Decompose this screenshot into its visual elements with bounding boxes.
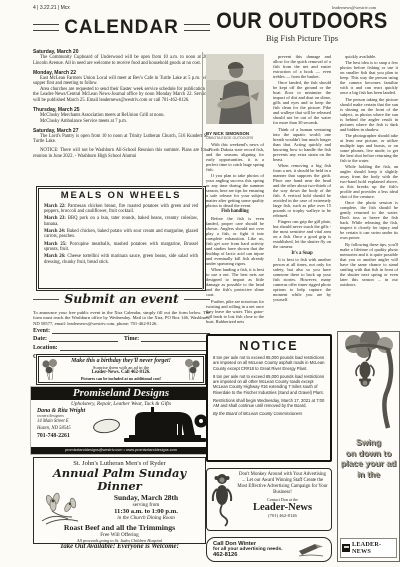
submit-event-intro: To announce your free public event in th… [33,310,210,326]
calendar-header: CALENDAR [33,18,210,37]
meal-item: March 23: BBQ pork on a bun, tater round… [44,216,198,227]
notice-body: 8 ton per axle not to exceed 65,000 poun… [213,355,325,408]
dinner-takeout: Take Out Available! Everyone is Welcome! [37,543,202,550]
swing-ad-text-line: in the [338,469,399,480]
notice-paragraph: Restrictions shall begin Wednesday, Marc… [213,398,325,409]
article-paragraph: Once landed, the fish should be kept off… [273,80,331,125]
article-subhead: Fish handling [206,209,264,214]
meals-on-wheels-title: MEALS ON WHEELS [37,190,205,201]
call-don-text: Call Don Winter for all your advertising… [213,541,283,558]
meal-item: March 26: Cheese tortellini with marinar… [44,254,198,265]
calendar-entry: Saturday, March 27The Lord's Pantry is o… [33,128,210,145]
dinner-date: Sunday, March 28th [92,493,200,502]
calendar-entry: Thursday, March 25McClusky Merchants Ass… [33,107,210,124]
notice-signature: By the Board of McLean County Commission… [213,411,325,416]
balloons-icon [40,358,59,381]
article-column: prevent this damage and allow for the qu… [273,54,331,332]
sewing-machine-icon [121,407,209,443]
birthday-ad-line3: Leader-News. Call 462-8126. [61,370,181,375]
lily-icon [38,491,88,525]
promiseland-phone: 701-748-2261 [37,433,85,439]
article-paragraph: By following these tips, you'll make a l… [340,242,398,287]
meals-menu-list: March 22: Parmesan chicken breast, fire … [37,201,205,268]
submit-event-header: Submit an event [33,293,210,306]
swing-ad-text-line: on down to [338,448,399,459]
promiseland-name: Promiseland Designs [31,387,211,400]
leader-news-logo-text: LEADER-NEWS [352,541,395,555]
dont-monkey-ad-phone: (701) 462-8126 [237,513,328,518]
calendar-entry-text: NOTICE: There will not be Washburn All-S… [33,148,210,159]
article-paragraph: Think of a human venturing into the aqua… [273,127,331,162]
location-field-line [60,344,210,351]
event-field-row: Event: [33,327,210,334]
article-paragraph: prevent this damage and allow for the qu… [273,54,331,79]
swing-ad-text: Swingon down toplace your adin the [338,437,399,480]
calendar-rule-left [33,24,59,31]
calendar-entry-text: East McLean Farmers Union Local will mee… [33,76,210,87]
article-paragraph: Further, pike are notorious for twisting… [206,299,264,324]
promiseland-address2: Hazen, ND 58545 [37,426,85,431]
article-column-text: prevent this damage and allow for the qu… [273,54,331,302]
calendar-entry-text: The Lord's Pantry is open from 10 to noo… [33,134,210,145]
meal-item: March 22: Parmesan chicken breast, fire … [44,204,198,215]
dont-monkey-ad-body: Don't Monkey Around with Your Advertisin… [237,472,328,495]
calendar-entry: Monday, March 22East McLean Farmers Unio… [33,70,210,104]
promiseland-designs-ad: Promiseland Designs Upholstery, Repair, … [30,386,212,455]
calendar-entries: Saturday, March 20The Community Cupboard… [33,49,210,184]
call-don-winter-ad: Call Don Winter for all your advertising… [206,537,332,562]
calendar-entry: NOTICE: There will not be Washburn All-S… [33,148,210,159]
article-column: BY NICK SIMONSON DAKOTA EDGE OUTDOORS Wi… [206,54,264,332]
angler-photo-image [206,54,264,124]
tree-monkey-icon [338,332,399,430]
swing-ad-text-line: place your ad [338,458,399,469]
monkey-icon [210,471,234,528]
calendar-entry-text: The Community Cupboard of Underwood will… [33,55,210,66]
article-paragraph: If you plan to take photos of your angli… [206,173,264,208]
location-field-label: Location: [33,345,58,351]
leader-news-logo-icon [342,544,350,552]
birthday-ad-line1: Make this a birthday they'll never forge… [61,358,181,364]
meals-on-wheels-box: MEALS ON WHEELS March 22: Parmesan chick… [36,186,206,291]
submit-event-title: Submit an event [64,293,179,306]
leader-news-wordmark: Leader-News [237,502,328,513]
outdoors-header: OUR OUTDOORS Big Fish Picture Tips [206,10,398,43]
article-paragraph: quickly available. [340,54,398,59]
promiseland-body: Dana & Rita Wright owners/designers 14 M… [31,407,211,445]
dont-monkey-ad-text: Don't Monkey Around with Your Advertisin… [237,471,328,528]
calendar-entry: Saturday, March 20The Community Cupboard… [33,49,210,66]
swing-ad-text-line: Swing [338,437,399,448]
date-field-label: Date: [33,336,47,342]
promiseland-address1: 14 Main Street E [37,419,85,424]
article-paragraph: While holding the fish, an angler should… [340,164,398,199]
article-paragraph: It is best to fish with another person a… [273,257,331,302]
dinner-room: in the Church Dining Room [92,515,200,521]
palm-sunday-dinner-title: Annual Palm Sunday Dinner [37,467,202,492]
article-paragraph: The person taking the picture should mak… [340,97,398,132]
event-field-line [52,327,210,334]
meal-item-date: March 25: [44,242,67,247]
notice-paragraph: 8 ton per axle not to exceed 65,000 poun… [213,355,325,371]
article-subhead: It's a Snap [273,251,331,256]
article-column-text: With this weekend's news of a North Dako… [206,142,264,324]
meal-item-date: March 23: [44,216,66,221]
call-don-phone: 462-8126 [213,552,283,558]
meal-item-date: March 24: [44,229,65,234]
balloons-icon [183,358,202,381]
promiseland-owners-sub: owners/designers [37,414,85,418]
promiseland-owners: Dana & Rita Wright [37,408,85,414]
st-johns-mid-row: Sunday, March 28th serving from 11:30 a.… [37,493,202,522]
leader-news-logo: LEADER-NEWS [340,538,397,558]
meal-item: March 24: Baked chicken, baked potato wi… [44,229,198,240]
promiseland-contact-info: Dana & Rita Wright owners/designers 14 M… [37,408,85,439]
location-field-row: Location: [33,344,210,351]
notice-paragraph: 8 ton per axle not to exceed 65,000 poun… [213,374,325,395]
article-paragraph: When removing a big fish from a net, it … [273,163,331,218]
outdoors-article: BY NICK SIMONSON DAKOTA EDGE OUTDOORS Wi… [206,54,398,332]
calendar-entry-text: Area churches are requested to send thei… [33,87,210,104]
date-field-line [49,336,118,343]
birthday-ad: Make this a birthday they'll never forge… [36,354,206,385]
article-column: quickly available.The best idea is to sn… [340,54,398,332]
load-restrictions-notice: NOTICE 8 ton per axle not to exceed 65,0… [206,334,332,462]
st-johns-when-block: Sunday, March 28th serving from 11:30 a.… [92,493,200,521]
birthday-ad-line4: Pictures can be included at no additiona… [61,376,181,381]
article-paragraph: With this weekend's news of a North Dako… [206,142,264,172]
event-field-label: Event: [33,328,50,334]
meal-item: March 25: Porcupine meatballs, mashed po… [44,242,198,253]
article-paragraph: The photographer should take at least on… [340,133,398,163]
outdoors-title: OUR OUTDOORS [206,10,398,32]
time-field-line [141,336,210,343]
article-paragraph: Once the photo session is complete, the … [340,200,398,240]
calendar-entry-text: McClusky Ambulance Service meets at 7 p.… [33,119,210,125]
dont-monkey-around-ad: Don't Monkey Around with Your Advertisin… [206,468,332,531]
oval-badge-icon [92,417,121,435]
swing-on-down-ad: Swingon down toplace your adin the LEADE… [337,331,400,562]
dinner-time: 11:30 a.m. to 1:00 p.m. [92,508,200,515]
pencil-icon [297,542,325,557]
birthday-ad-text: Make this a birthday they'll never forge… [61,357,181,382]
column-divider [202,52,203,290]
article-column-text: quickly available.The best idea is to sn… [340,54,398,287]
article-paragraph: When landing a fish, it is best to use a… [206,267,264,297]
promiseland-footer: promiselanddesigns@westriv.com • www.pro… [31,447,211,454]
notice-title: NOTICE [213,339,325,353]
article-paragraph: Before the fish is even landed, proper c… [206,216,264,266]
time-field-label: Time: [124,336,139,342]
date-time-field-row: Date: Time: [33,336,210,343]
outdoors-subtitle: Big Fish Picture Tips [206,33,398,43]
submit-rule-left [33,299,59,300]
meal-item-date: March 26: [44,254,66,259]
article-paragraph: Fingers can grip the gill plate, but sho… [273,219,331,249]
page-header-left: 4 | 3.22.21 | Mcx [33,5,70,11]
article-byline-org: DAKOTA EDGE OUTDOORS [206,136,264,140]
palm-sunday-dinner-ad: St. John's Lutheran Men's of Ryder Annua… [33,457,206,544]
article-paragraph: The best idea is to snap a few photos be… [340,60,398,95]
meal-item-date: March 22: [44,204,66,209]
calendar-title: CALENDAR [64,18,179,37]
newspaper-page: 4 | 3.22.21 | Mcx leadernews@westriv.com… [0,0,400,567]
